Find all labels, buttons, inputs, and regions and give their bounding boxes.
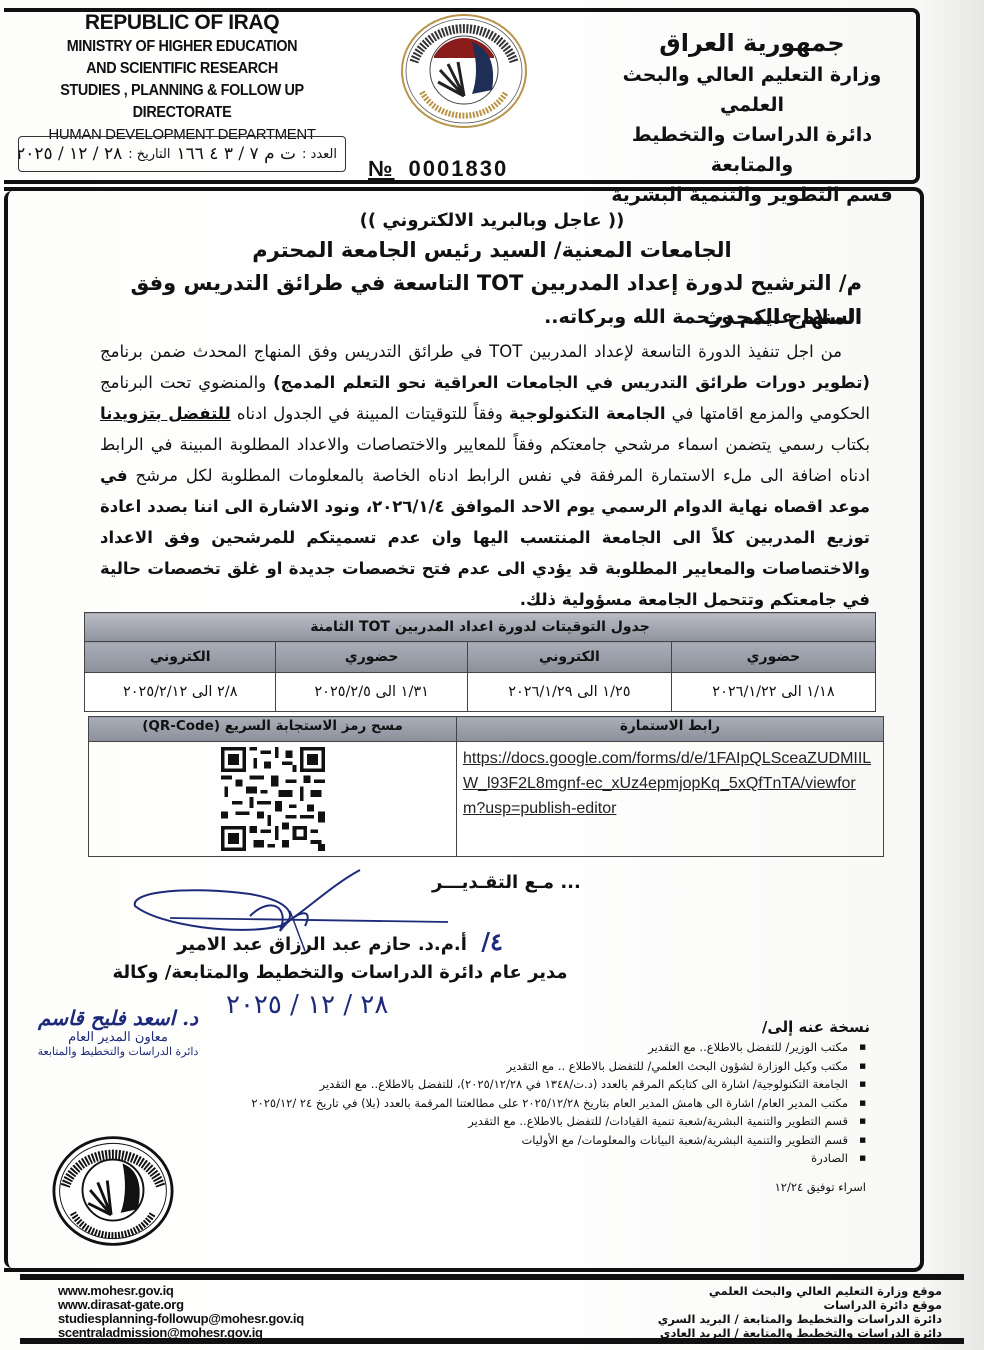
schedule-mode-2: الكتروني bbox=[467, 642, 671, 673]
form-link-header: رابط الاستمارة bbox=[457, 717, 884, 742]
country-en: REPUBLIC OF IRAQ bbox=[12, 10, 352, 36]
cc-item: قسم التطوير والتنمية البشرية/شعبة البيان… bbox=[106, 1131, 866, 1150]
footer: www.mohesr.gov.iq www.dirasat-gate.org s… bbox=[20, 1274, 964, 1344]
qr-code-icon[interactable] bbox=[214, 747, 332, 851]
form-link-table: رابط الاستمارة مسح رمز الاستجابة السريع … bbox=[88, 716, 884, 857]
qr-code-header: مسح رمز الاستجابة السريع (QR-Code) bbox=[89, 717, 457, 742]
letterhead-english: REPUBLIC OF IRAQ MINISTRY OF HIGHER EDUC… bbox=[12, 10, 352, 146]
country-ar: جمهورية العراق bbox=[602, 26, 902, 60]
program-name: (تطوير دورات طرائق التدريس في الجامعات ا… bbox=[273, 373, 870, 392]
typist-initials: اسراء توفيق ١٢/٢٤ bbox=[775, 1180, 866, 1194]
cc-item: مكتب المدير العام/ اشارة الى هامش المدير… bbox=[106, 1094, 866, 1113]
signer-title: مدير عام دائرة الدراسات والتخطيط والمتاب… bbox=[110, 959, 570, 987]
secret-mail-email[interactable]: studiesplanning-followup@mohesr.gov.iq bbox=[58, 1312, 304, 1326]
body-text-4: بكتاب رسمي يتضمن اسماء مرشحي جامعتكم وفق… bbox=[100, 435, 870, 485]
form-link-cell: https://docs.google.com/forms/d/e/1FAIpQ… bbox=[457, 742, 884, 857]
handwritten-mark: ٤/ bbox=[481, 927, 503, 956]
host-university: الجامعة التكنولوجية bbox=[509, 404, 666, 423]
ministry-website[interactable]: www.mohesr.gov.iq bbox=[58, 1284, 304, 1298]
document-serial-number: 0001830 bbox=[409, 156, 509, 181]
closing-regards: ... مـع التقـديـــر bbox=[432, 872, 581, 893]
schedule-table-title: جدول التوقيتات لدورة اعداد المدربين TOT … bbox=[85, 613, 876, 642]
ministry-seal-icon bbox=[400, 12, 528, 130]
ref-number-value: ت م ٧ / ٣ ٤ ١٦٦ bbox=[176, 144, 296, 164]
cc-item: الصادرة bbox=[106, 1149, 866, 1168]
signer-block: ٤/ أ.م.د. حازم عبد الرزاق عبد الامير مدي… bbox=[110, 928, 570, 987]
schedule-dates-3: ١/٣١ الى ٢٠٢٥/٢/٥ bbox=[276, 673, 467, 712]
schedule-dates-1: ١/١٨ الى ٢٠٢٦/١/٢٢ bbox=[671, 673, 875, 712]
footer-label-4: دائرة الدراسات والتخطيط والمتابعة / البر… bbox=[658, 1326, 942, 1340]
cc-list: مكتب الوزير/ للتفضل بالاطلاع.. مع التقدي… bbox=[106, 1038, 866, 1168]
footer-contacts: www.mohesr.gov.iq www.dirasat-gate.org s… bbox=[58, 1284, 304, 1340]
cc-item: قسم التطوير والتنمية البشرية/شعبة تنمية … bbox=[106, 1112, 866, 1131]
deadline-text: في موعد اقصاه نهاية الدوام الرسمي يوم ال… bbox=[100, 466, 870, 609]
footer-label-3: دائرة الدراسات والتخطيط والمتابعة / البر… bbox=[658, 1312, 942, 1326]
letter-body-paragraph: من اجل تنفيذ الدورة التاسعة لإعداد المدر… bbox=[100, 336, 870, 615]
addressee: الجامعات المعنية/ السيد رئيس الجامعة الم… bbox=[0, 238, 984, 262]
directorate-en: STUDIES , PLANNING & FOLLOW UP DIRECTORA… bbox=[29, 80, 335, 124]
ministry-ar: وزارة التعليم العالي والبحث العلمي bbox=[602, 60, 902, 120]
ref-date-label: التاريخ : bbox=[128, 147, 170, 162]
ref-date-value: ٢٨ / ١٢ / ٢٠٢٥ bbox=[18, 144, 122, 164]
regular-mail-email[interactable]: scentraladmission@mohesr.gov.iq bbox=[58, 1326, 304, 1340]
ministry-stamp-icon bbox=[52, 1132, 174, 1250]
letterhead-arabic: جمهورية العراق وزارة التعليم العالي والب… bbox=[602, 26, 902, 210]
footer-label-1: موقع وزارة التعليم العالي والبحث العلمي bbox=[658, 1284, 942, 1298]
request-phrase: للتفضل بتزويدنا bbox=[100, 404, 231, 423]
schedule-dates-2: ١/٢٥ الى ٢٠٢٦/١/٢٩ bbox=[467, 673, 671, 712]
schedule-mode-1: حضوري bbox=[671, 642, 875, 673]
reference-box: العدد : ت م ٧ / ٣ ٤ ١٦٦ التاريخ : ٢٨ / ١… bbox=[18, 136, 346, 172]
body-text-3: وفقاً للتوقيتات المبينة في الجدول ادناه bbox=[237, 404, 503, 423]
dirasat-website[interactable]: www.dirasat-gate.org bbox=[58, 1298, 304, 1312]
cc-title: نسخة عنه إلى/ bbox=[762, 1018, 870, 1036]
qr-code-cell bbox=[89, 742, 457, 857]
urgency-note: (( عاجل وبالبريد الالكتروني )) bbox=[0, 210, 984, 231]
greeting: السلام عليكم ورحمة الله وبركاته.. bbox=[544, 306, 862, 328]
handwritten-date: ٢٨ / ١٢ / ٢٠٢٥ bbox=[226, 990, 388, 1020]
page-edge-shadow bbox=[920, 0, 984, 1350]
cc-item: مكتب وكيل الوزارة لشؤون البحث العلمي/ لل… bbox=[106, 1057, 866, 1076]
schedule-dates-4: ٢/٨ الى ٢٠٢٥/٢/١٢ bbox=[85, 673, 276, 712]
numero-symbol: № bbox=[368, 156, 395, 181]
cc-item: مكتب الوزير/ للتفضل بالاطلاع.. مع التقدي… bbox=[106, 1038, 866, 1057]
ministry-en-2: AND SCIENTIFIC RESEARCH bbox=[29, 58, 335, 80]
footer-label-2: موقع دائرة الدراسات bbox=[658, 1298, 942, 1312]
assistant-name: د. اسعد فليح قاسم bbox=[28, 1006, 208, 1030]
ministry-en-1: MINISTRY OF HIGHER EDUCATION bbox=[29, 36, 335, 58]
schedule-mode-4: الكتروني bbox=[85, 642, 276, 673]
schedule-table: جدول التوقيتات لدورة اعداد المدربين TOT … bbox=[84, 612, 876, 712]
signer-name: ٤/ أ.م.د. حازم عبد الرزاق عبد الامير bbox=[110, 928, 570, 959]
schedule-mode-3: حضوري bbox=[276, 642, 467, 673]
footer-labels: موقع وزارة التعليم العالي والبحث العلمي … bbox=[658, 1284, 942, 1340]
body-text-1: من اجل تنفيذ الدورة التاسعة لإعداد المدر… bbox=[100, 342, 842, 361]
form-url-link[interactable]: https://docs.google.com/forms/d/e/1FAIpQ… bbox=[463, 750, 871, 817]
document-serial: №0001830 bbox=[368, 156, 508, 182]
document-page: REPUBLIC OF IRAQ MINISTRY OF HIGHER EDUC… bbox=[0, 0, 984, 1350]
ref-number-label: العدد : bbox=[302, 147, 337, 162]
directorate-ar: دائرة الدراسات والتخطيط والمتابعة bbox=[602, 120, 902, 180]
cc-item: الجامعة التكنولوجية/ اشارة الى كتابكم ال… bbox=[106, 1075, 866, 1094]
